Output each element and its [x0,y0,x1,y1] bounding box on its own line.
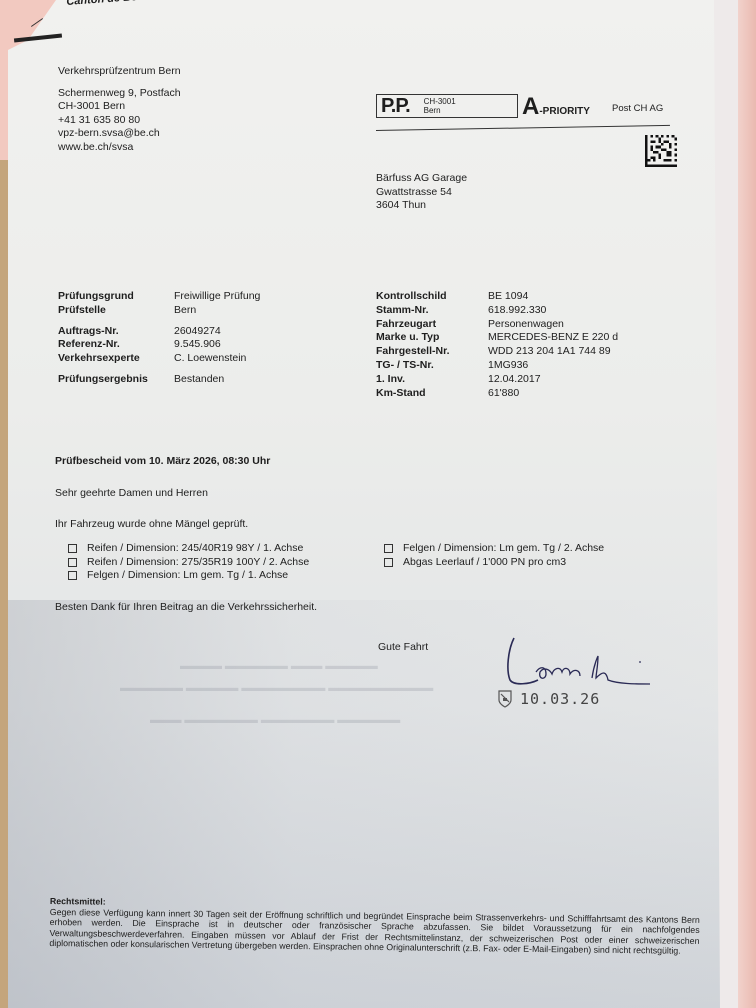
date-stamp: 10.03.26 [498,690,600,708]
field-label: Kontrollschild [376,290,488,304]
field-value: 26049274 [174,325,260,339]
show-through-text: ▬▬▬ ▬▬▬▬▬▬▬ ▬▬▬▬▬▬▬ ▬▬▬▬▬▬ [150,714,400,726]
sender-organization: Verkehrsprüfzentrum Bern [58,65,181,79]
checklist-item: Reifen / Dimension: 275/35R19 100Y / 2. … [68,556,309,570]
vehicle-details: Kontrollschild BE 1094 Stamm-Nr. 618.992… [376,290,618,400]
field-label: Prüfungsergebnis [58,373,174,387]
field-value: 61'880 [488,387,618,401]
sender-city: CH-3001 Bern [58,100,181,114]
recipient-street: Gwattstrasse 54 [376,186,467,200]
field-label: Marke u. Typ [376,331,488,345]
field-value: 1MG936 [488,359,618,373]
legal-remedies: Rechtsmittel: Gegen diese Verfügung kann… [49,896,700,956]
field-label: Auftrags-Nr. [58,325,174,339]
checklist-left: Reifen / Dimension: 245/40R19 98Y / 1. A… [68,542,309,583]
show-through-text: ▬▬▬▬ ▬▬▬▬▬▬ ▬▬▬ ▬▬▬▬▬ [180,660,378,672]
field-value: Personenwagen [488,318,618,332]
field-value: MERCEDES-BENZ E 220 d [488,331,618,345]
checkbox-icon [68,571,77,580]
field-label: Fahrgestell-Nr. [376,345,488,359]
postal-carrier: Post CH AG [612,103,663,114]
field-label: TG- / TS-Nr. [376,359,488,373]
thanks-text: Besten Dank für Ihren Beitrag an die Ver… [55,601,317,615]
field-value: C. Loewenstein [174,352,260,366]
signature [500,636,660,692]
recipient-address: Bärfuss AG Garage Gwattstrasse 54 3604 T… [376,172,467,213]
pp-city: Bern [424,106,441,115]
field-value: Bern [174,304,260,318]
legal-body: Gegen diese Verfügung kann innert 30 Tag… [49,906,699,956]
sender-phone: +41 31 635 80 80 [58,114,181,128]
priority-text: -PRIORITY [539,106,590,117]
closing-text: Gute Fahrt [378,641,428,655]
checkbox-icon [384,544,393,553]
sender-address: Verkehrsprüfzentrum Bern Schermenweg 9, … [58,65,181,154]
checklist-item: Felgen / Dimension: Lm gem. Tg / 1. Achs… [68,569,309,583]
letter-title: Prüfbescheid vom 10. März 2026, 08:30 Uh… [55,455,270,469]
datamatrix-code-icon [644,135,678,167]
stamp-date: 10.03.26 [520,690,600,708]
field-value: BE 1094 [488,290,618,304]
salutation: Sehr geehrte Damen und Herren [55,487,208,501]
checklist-right: Felgen / Dimension: Lm gem. Tg / 2. Achs… [384,542,604,569]
pp-label: P.P. [381,95,410,118]
pp-postcode: CH-3001 [424,97,456,106]
field-label: 1. Inv. [376,373,488,387]
checklist-item: Felgen / Dimension: Lm gem. Tg / 2. Achs… [384,542,604,556]
field-value: 9.545.906 [174,338,260,352]
recipient-city: 3604 Thun [376,199,467,213]
recipient-name: Bärfuss AG Garage [376,172,467,186]
show-through-text: ▬▬▬▬▬▬ ▬▬▬▬▬ ▬▬▬▬▬▬▬▬ ▬▬▬▬▬▬▬▬▬▬ [120,682,433,694]
inspection-details: Prüfungsgrund Freiwillige Prüfung Prüfst… [58,290,260,387]
inspection-result: Bestanden [174,373,260,387]
field-label: Prüfungsgrund [58,290,174,304]
field-value: 618.992.330 [488,304,618,318]
field-label: Km-Stand [376,387,488,401]
sender-street: Schermenweg 9, Postfach [58,87,181,101]
field-label: Verkehrsexperte [58,352,174,366]
field-label: Stamm-Nr. [376,304,488,318]
field-label: Referenz-Nr. [58,338,174,352]
checklist-item: Abgas Leerlauf / 1'000 PN pro cm3 [384,556,604,570]
bern-coat-of-arms-icon [498,690,512,708]
sender-email: vpz-bern.svsa@be.ch [58,127,181,141]
pp-postage-box: P.P. CH-3001 Bern [376,94,518,118]
intro-text: Ihr Fahrzeug wurde ohne Mängel geprüft. [55,518,248,532]
checkbox-icon [68,544,77,553]
a-priority-mark: A -PRIORITY [522,93,590,121]
field-value: Freiwillige Prüfung [174,290,260,304]
field-value: 12.04.2017 [488,373,618,387]
field-value: WDD 213 204 1A1 744 89 [488,345,618,359]
field-label: Prüfstelle [58,304,174,318]
checkbox-icon [68,558,77,567]
priority-letter: A [522,93,539,121]
pp-address: CH-3001 Bern [424,97,456,115]
sender-website: www.be.ch/svsa [58,141,181,155]
checklist-item: Reifen / Dimension: 245/40R19 98Y / 1. A… [68,542,309,556]
checkbox-icon [384,558,393,567]
field-label: Fahrzeugart [376,318,488,332]
